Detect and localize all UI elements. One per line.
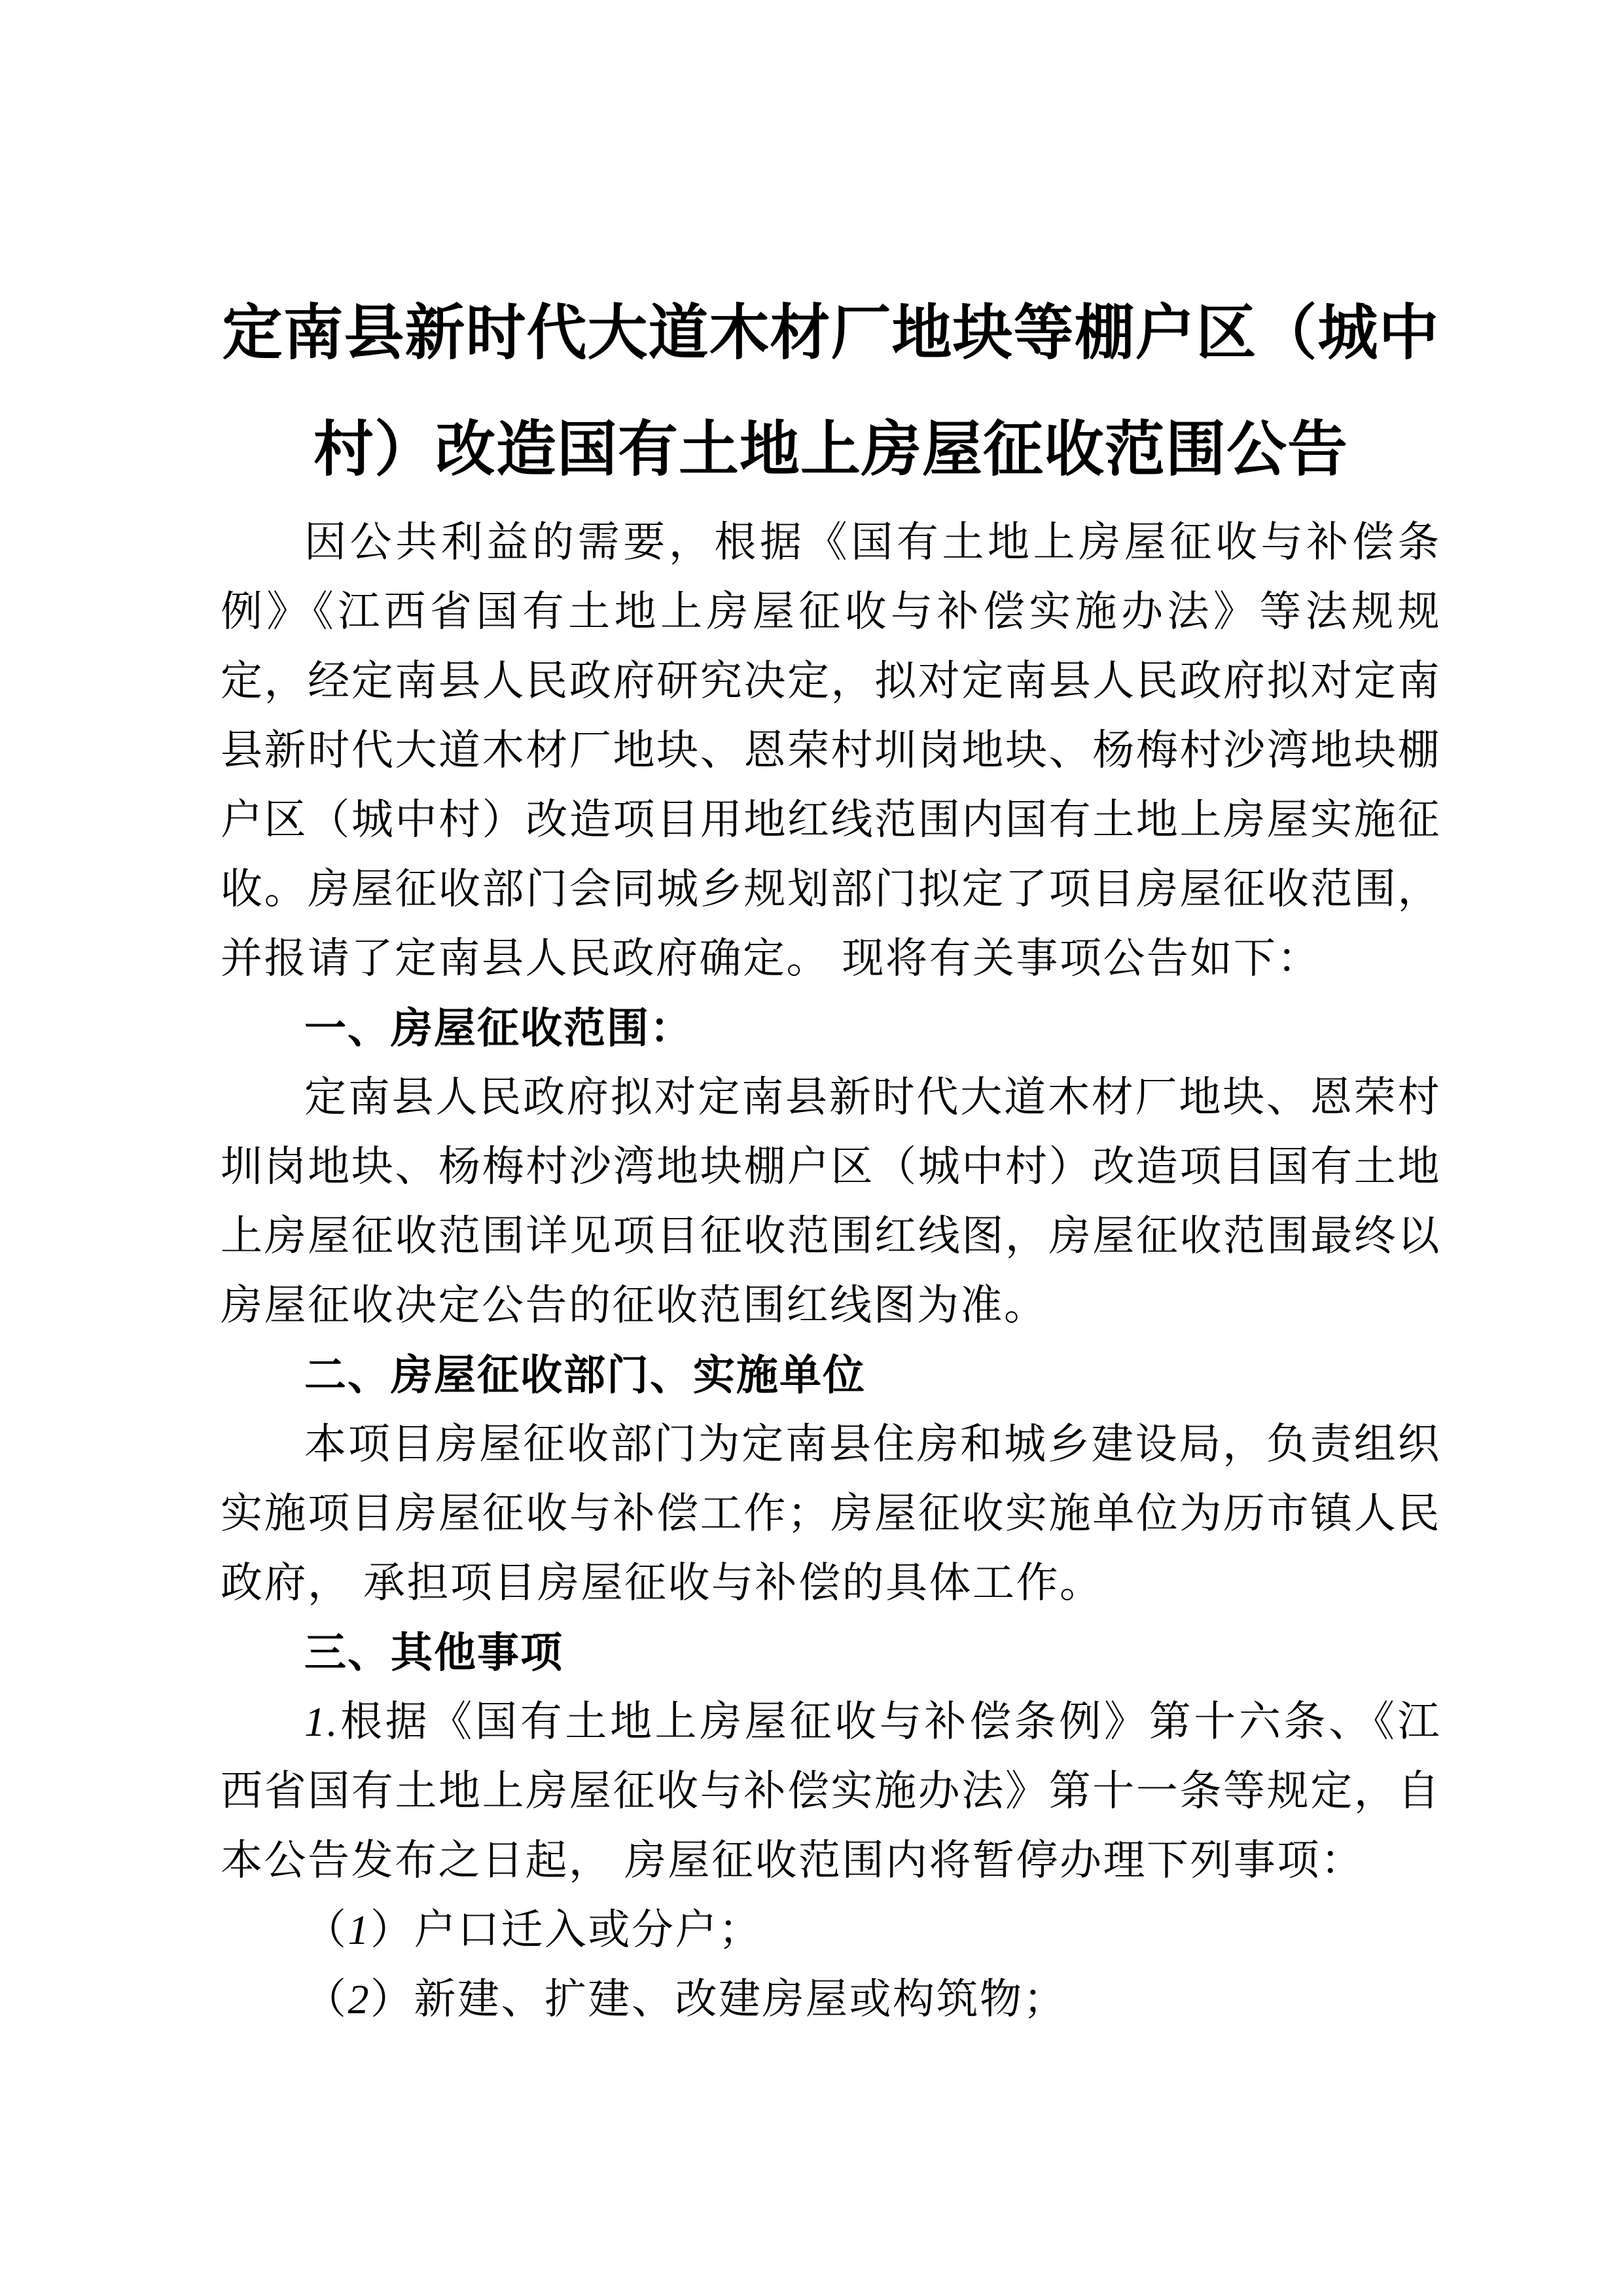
section-1-paragraph: 定南县人民政府拟对定南县新时代大道木材厂地块、恩荣村圳岗地块、杨梅村沙湾地块棚户… — [221, 1063, 1441, 1340]
document-page: 定南县新时代大道木材厂地块等棚户区（城中村）改造国有土地上房屋征收范围公告 因公… — [0, 0, 1623, 2296]
section-3-heading: 三、其他事项 — [221, 1618, 1441, 1687]
suspended-item-2: （2）新建、扩建、改建房屋或构筑物； — [221, 1965, 1441, 2034]
suspended-item-1: （1）户口迁入或分户； — [221, 1895, 1441, 1965]
section-2-heading: 二、房屋征收部门、实施单位 — [221, 1340, 1441, 1410]
intro-paragraph: 因公共利益的需要，根据《国有土地上房屋征收与补偿条例》《江西省国有土地上房屋征收… — [221, 508, 1441, 994]
section-2-paragraph: 本项目房屋征收部门为定南县住房和城乡建设局，负责组织实施项目房屋征收与补偿工作；… — [221, 1410, 1441, 1618]
section-1-heading: 一、房屋征收范围： — [221, 994, 1441, 1063]
document-title: 定南县新时代大道木材厂地块等棚户区（城中村）改造国有土地上房屋征收范围公告 — [221, 275, 1441, 508]
section-3-paragraph: 1.根据《国有土地上房屋征收与补偿条例》第十六条、《江西省国有土地上房屋征收与补… — [221, 1687, 1441, 1895]
document-content: 定南县新时代大道木材厂地块等棚户区（城中村）改造国有土地上房屋征收范围公告 因公… — [221, 275, 1441, 2034]
